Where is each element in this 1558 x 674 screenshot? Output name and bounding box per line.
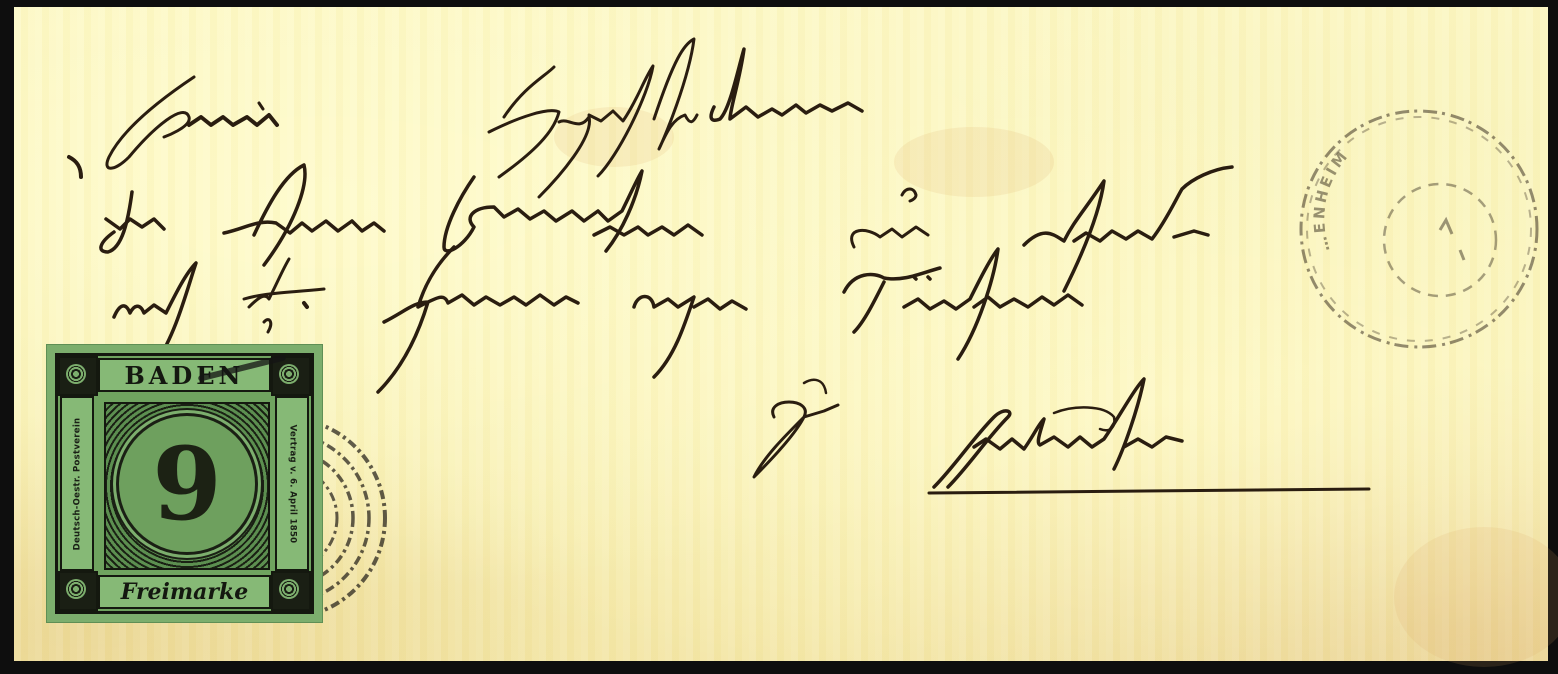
stamp-corner-rosette-icon <box>58 356 98 396</box>
letter-cover: Seiner Hochwohlgeboren Dem Herrn Baumeis… <box>14 7 1548 661</box>
handwriting-line-5 <box>929 379 1369 493</box>
stamp-right-side-panel: Vertrag v. 6. April 1850 <box>275 396 309 571</box>
postmark-text: …ENHEIM <box>1310 146 1353 254</box>
circular-postmark: …ENHEIM <box>1290 100 1548 358</box>
stamp-freimarke-label: Freimarke <box>98 575 271 609</box>
handwriting-line-1 <box>69 39 862 197</box>
stamp-left-side-panel: Deutsch-Oestr. Postverein <box>60 396 94 571</box>
stamp-corner-rosette-icon <box>271 571 311 611</box>
stamp-frame: BADEN Freimarke Deutsch-Oestr. Postverei… <box>55 353 314 614</box>
stamp-center-ornament: 9 <box>104 402 270 570</box>
handwriting-line-2 <box>101 165 1232 291</box>
stamp-denomination: 9 <box>119 426 255 542</box>
baden-9-kreuzer-stamp: BADEN Freimarke Deutsch-Oestr. Postverei… <box>47 345 322 622</box>
handwriting-line-4 <box>754 380 838 477</box>
stamp-left-side-text: Deutsch-Oestr. Postverein <box>72 417 82 550</box>
stamp-corner-rosette-icon <box>58 571 98 611</box>
stamp-right-side-text: Vertrag v. 6. April 1850 <box>287 424 297 543</box>
stamp-medallion: 9 <box>119 416 255 552</box>
